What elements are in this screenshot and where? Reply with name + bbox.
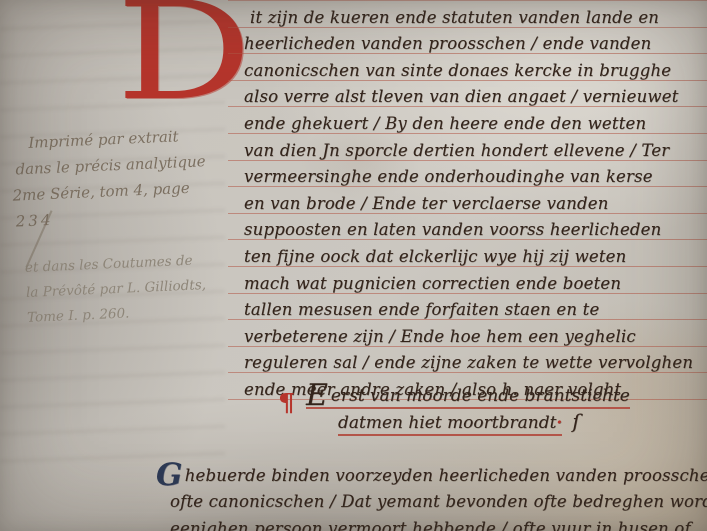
text-line: verbeterene zijn / Ende hoe hem een yegh… <box>228 320 707 347</box>
text-line: suppoosten en laten vanden voorss heerli… <box>228 214 707 241</box>
margin-note-pencil: et dans les Coutumes de la Prévôté par L… <box>24 248 207 331</box>
text-line: reguleren sal / ende zijne zaken te wett… <box>228 347 707 374</box>
text-line: tallen mesusen ende forfaiten staen en t… <box>228 294 707 321</box>
bottom-text-block: Ghebuerde binden voorzeyden heerlicheden… <box>156 458 707 531</box>
heading-text: erst van moorde ende brantstichte <box>331 386 630 406</box>
heading-line: datmen hiet moortbrandt· <box>338 413 562 436</box>
text-line: ofte canonicschen / Dat yemant bevonden … <box>156 485 707 512</box>
heading-text: datmen hiet moortbrandt <box>338 413 556 433</box>
text-line: Ghebuerde binden voorzeyden heerlicheden… <box>156 458 707 485</box>
text-line: also verre alst tleven van dien angaet /… <box>228 81 707 108</box>
rubric-heading: Eerst van moorde ende brantstichte datme… <box>306 386 630 436</box>
text-line: mach wat pugnicien correctien ende boete… <box>228 267 707 294</box>
text: hebuerde binden voorzeyden heerlicheden … <box>185 466 707 485</box>
pilcrow-mark: ¶ <box>278 390 295 418</box>
text-line: ten fijne oock dat elckerlijc wye hij zi… <box>228 240 707 267</box>
heading-initial-e: E <box>306 378 328 413</box>
text-line: eenighen persoon vermoort hebbende / oft… <box>156 511 707 531</box>
text-line: heerlicheden vanden proosschen / ende va… <box>228 28 707 55</box>
pen-flourish: ſ <box>572 409 579 433</box>
text-line: ende ghekuert / By den heere ende den we… <box>228 107 707 134</box>
text-line: vermeersinghe ende onderhoudinghe van ke… <box>228 161 707 188</box>
text-line: van dien Jn sporcle dertien hondert elle… <box>228 134 707 161</box>
text-line: it zijn de kueren ende statuten vanden l… <box>228 0 707 28</box>
initial-g-blue: G <box>156 465 183 485</box>
text-line: canonicschen van sinte donaes kercke in … <box>228 54 707 81</box>
text-line: en van brode / Ende ter verclaerse vande… <box>228 187 707 214</box>
margin-note-ink: Imprimé par extrait dans le précis analy… <box>28 122 209 234</box>
red-dot: · <box>556 413 562 433</box>
heading-line: Eerst van moorde ende brantstichte <box>306 386 630 409</box>
main-text-block: it zijn de kueren ende statuten vanden l… <box>228 0 707 400</box>
manuscript-page: D it zijn de kueren ende statuten vanden… <box>0 0 707 531</box>
